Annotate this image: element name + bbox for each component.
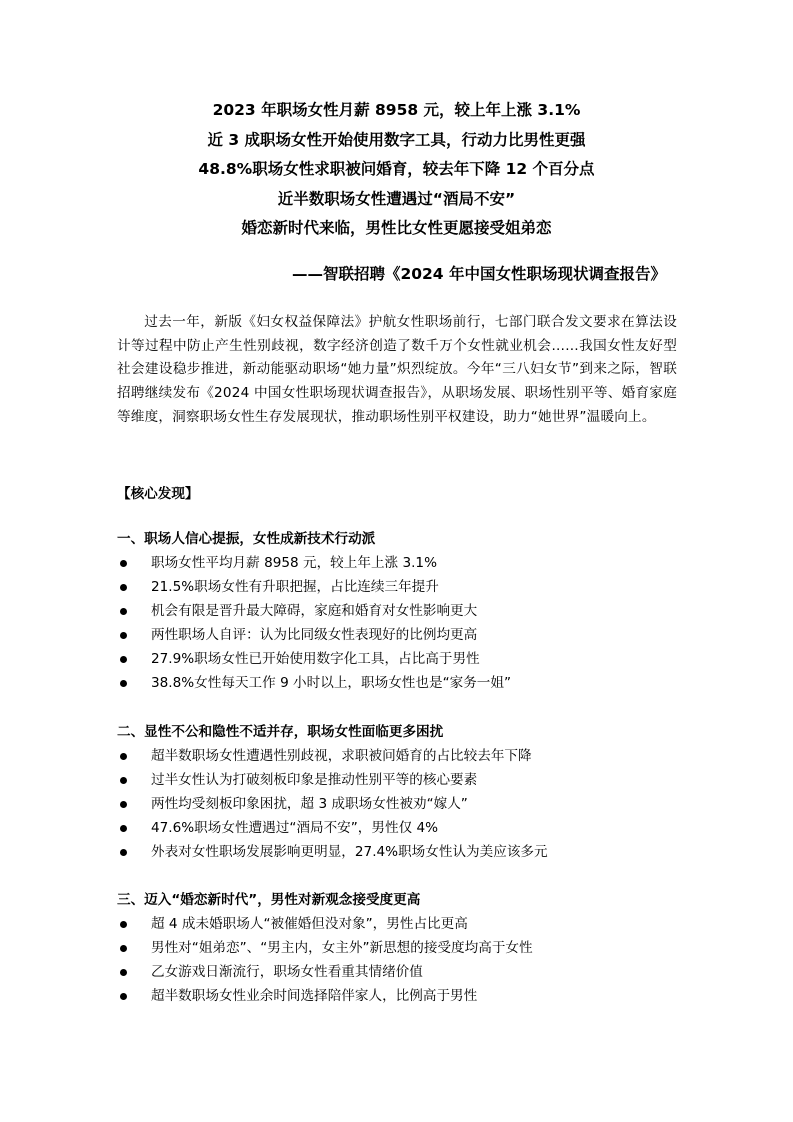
- bullet-icon: [120, 777, 127, 784]
- list-item: 超半数职场女性遭遇性别歧视，求职被问婚育的占比较去年下降: [117, 744, 717, 768]
- list-item-text: 超半数职场女性遭遇性别歧视，求职被问婚育的占比较去年下降: [151, 744, 532, 768]
- list-item-text: 机会有限是晋升最大障碍，家庭和婚育对女性影响更大: [151, 599, 477, 623]
- section-title: 一、职场人信心提振，女性成新技术行动派: [117, 527, 717, 551]
- headline: 2023 年职场女性月薪 8958 元，较上年上涨 3.1%: [0, 96, 793, 126]
- section-1: 一、职场人信心提振，女性成新技术行动派 职场女性平均月薪 8958 元，较上年上…: [117, 527, 717, 695]
- bullet-icon: [120, 825, 127, 832]
- list-item-text: 职场女性平均月薪 8958 元，较上年上涨 3.1%: [151, 551, 437, 575]
- list-item: 职场女性平均月薪 8958 元，较上年上涨 3.1%: [117, 551, 717, 575]
- headline: 48.8%职场女性求职被问婚育，较去年下降 12 个百分点: [0, 155, 793, 185]
- list-item-text: 男性对“姐弟恋”、“男主内，女主外”新思想的接受度均高于女性: [151, 936, 533, 960]
- list-item-text: 27.9%职场女性已开始使用数字化工具，占比高于男性: [151, 647, 480, 671]
- list-item-text: 乙女游戏日渐流行，职场女性看重其情绪价值: [151, 960, 423, 984]
- list-item-text: 两性均受刻板印象困扰，超 3 成职场女性被劝“嫁人”: [151, 792, 468, 816]
- list-item: 超半数职场女性业余时间选择陪伴家人，比例高于男性: [117, 984, 717, 1008]
- list-item: 27.9%职场女性已开始使用数字化工具，占比高于男性: [117, 647, 717, 671]
- list-item-text: 过半女性认为打破刻板印象是推动性别平等的核心要素: [151, 768, 477, 792]
- headline: 近半数职场女性遭遇过“酒局不安”: [0, 185, 793, 215]
- list-item: 47.6%职场女性遭遇过“酒局不安”，男性仅 4%: [117, 816, 717, 840]
- list-item: 两性均受刻板印象困扰，超 3 成职场女性被劝“嫁人”: [117, 792, 717, 816]
- list-item-text: 超 4 成未婚职场人“被催婚但没对象”，男性占比更高: [151, 912, 468, 936]
- list-item: 21.5%职场女性有升职把握，占比连续三年提升: [117, 575, 717, 599]
- list-item: 男性对“姐弟恋”、“男主内，女主外”新思想的接受度均高于女性: [117, 936, 717, 960]
- bullet-icon: [120, 584, 127, 591]
- section-title: 三、迈入“婚恋新时代”，男性对新观念接受度更高: [117, 888, 717, 912]
- headline-block: 2023 年职场女性月薪 8958 元，较上年上涨 3.1% 近 3 成职场女性…: [0, 96, 793, 244]
- headline: 近 3 成职场女性开始使用数字工具，行动力比男性更强: [0, 126, 793, 156]
- headline: 婚恋新时代来临，男性比女性更愿接受姐弟恋: [0, 214, 793, 244]
- section-3: 三、迈入“婚恋新时代”，男性对新观念接受度更高 超 4 成未婚职场人“被催婚但没…: [117, 888, 717, 1008]
- list-item: 两性职场人自评：认为比同级女性表现好的比例均更高: [117, 623, 717, 647]
- report-source: ——智联招聘《2024 年中国女性职场现状调查报告》: [292, 262, 666, 284]
- list-item: 机会有限是晋升最大障碍，家庭和婚育对女性影响更大: [117, 599, 717, 623]
- bullet-icon: [120, 801, 127, 808]
- bullet-icon: [120, 632, 127, 639]
- list-item: 38.8%女性每天工作 9 小时以上，职场女性也是“家务一姐”: [117, 671, 717, 695]
- list-item: 超 4 成未婚职场人“被催婚但没对象”，男性占比更高: [117, 912, 717, 936]
- list-item-text: 21.5%职场女性有升职把握，占比连续三年提升: [151, 575, 439, 599]
- list-item-text: 38.8%女性每天工作 9 小时以上，职场女性也是“家务一姐”: [151, 671, 511, 695]
- intro-paragraph: 过去一年，新版《妇女权益保障法》护航女性职场前行，七部门联合发文要求在算法设计等…: [117, 311, 677, 430]
- bullet-icon: [120, 680, 127, 687]
- list-item-text: 超半数职场女性业余时间选择陪伴家人，比例高于男性: [151, 984, 477, 1008]
- bullet-icon: [120, 753, 127, 760]
- bullet-icon: [120, 849, 127, 856]
- core-findings-title: 【核心发现】: [117, 483, 199, 505]
- list-item-text: 外表对女性职场发展影响更明显，27.4%职场女性认为美应该多元: [151, 840, 548, 864]
- bullet-icon: [120, 656, 127, 663]
- bullet-icon: [120, 993, 127, 1000]
- bullet-icon: [120, 560, 127, 567]
- bullet-icon: [120, 969, 127, 976]
- list-item: 过半女性认为打破刻板印象是推动性别平等的核心要素: [117, 768, 717, 792]
- list-item-text: 47.6%职场女性遭遇过“酒局不安”，男性仅 4%: [151, 816, 438, 840]
- bullet-icon: [120, 945, 127, 952]
- section-2: 二、显性不公和隐性不适并存，职场女性面临更多困扰 超半数职场女性遭遇性别歧视，求…: [117, 720, 717, 864]
- list-item-text: 两性职场人自评：认为比同级女性表现好的比例均更高: [151, 623, 477, 647]
- section-title: 二、显性不公和隐性不适并存，职场女性面临更多困扰: [117, 720, 717, 744]
- bullet-icon: [120, 921, 127, 928]
- bullet-icon: [120, 608, 127, 615]
- list-item: 乙女游戏日渐流行，职场女性看重其情绪价值: [117, 960, 717, 984]
- list-item: 外表对女性职场发展影响更明显，27.4%职场女性认为美应该多元: [117, 840, 717, 864]
- document-page: 2023 年职场女性月薪 8958 元，较上年上涨 3.1% 近 3 成职场女性…: [0, 0, 793, 1122]
